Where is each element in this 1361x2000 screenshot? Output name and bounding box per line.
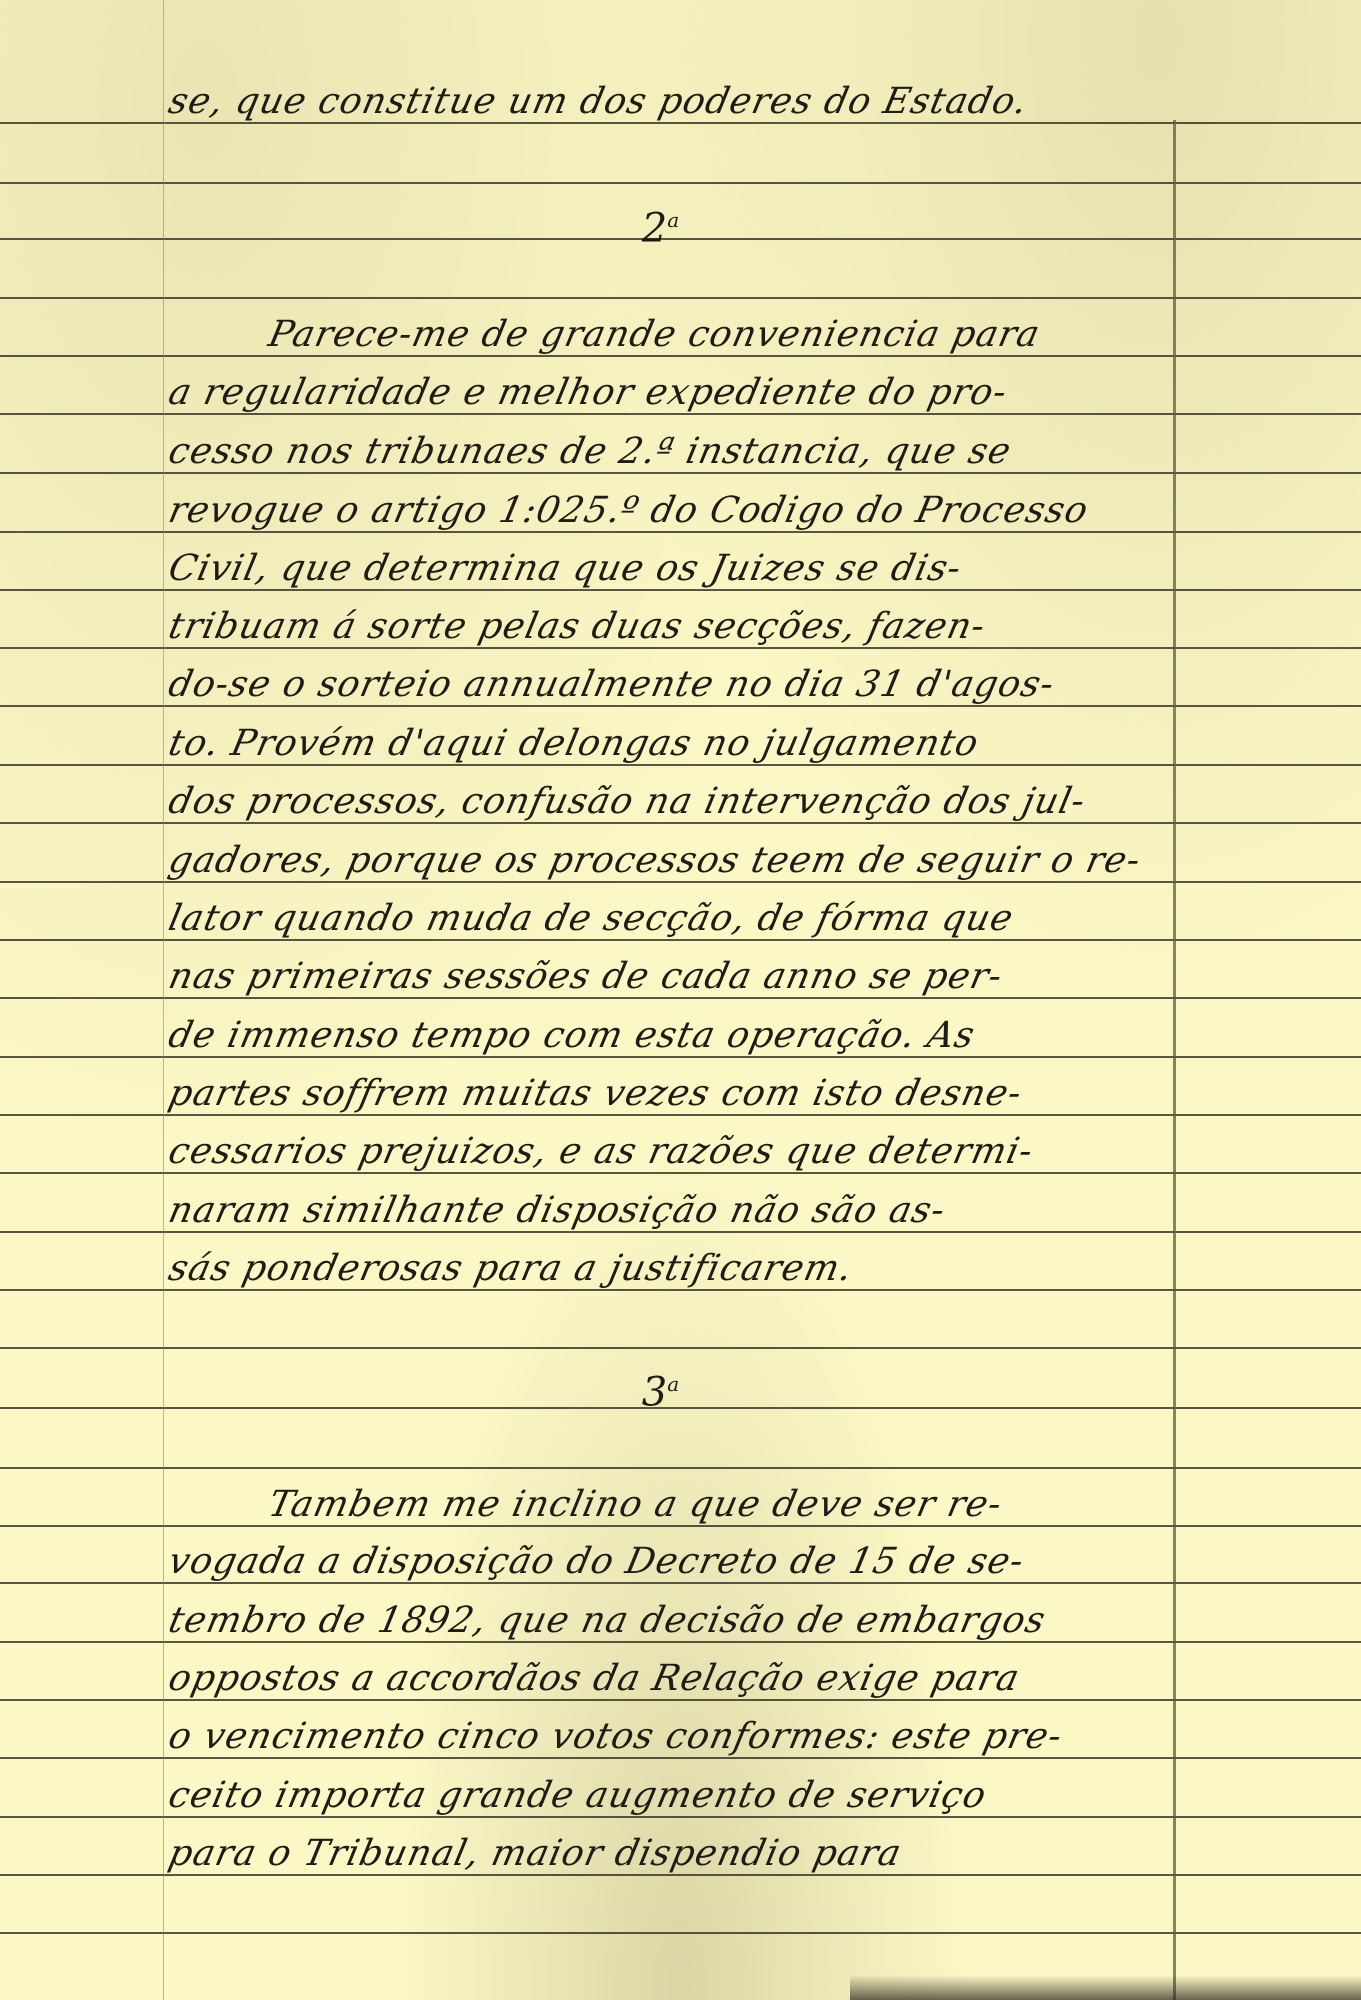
ruled-line [0,1641,1361,1643]
ruled-line [0,1582,1361,1584]
ruled-line [0,881,1361,883]
ruled-line [0,1114,1361,1116]
ordinal-suffix: a [667,208,679,232]
ruled-line [0,472,1361,474]
ruled-line [0,647,1361,649]
text-line: dos processos, confusão na intervenção d… [165,782,1179,822]
ruled-line [0,939,1361,941]
text-line: nas primeiras sessões de cada anno se pe… [165,957,1179,997]
ruled-line [0,1874,1361,1876]
text-line: tribuam á sorte pelas duas secções, faze… [165,607,1179,647]
ruled-line [0,1467,1361,1469]
text-line: sás ponderosas para a justificarem. [165,1249,1179,1289]
ordinal-suffix: a [667,1372,679,1396]
ruled-line [0,531,1361,533]
ruled-line [0,705,1361,707]
text-line: Civil, que determina que os Juizes se di… [165,549,1179,589]
section-heading-3: 3a [0,1362,1341,1414]
section-number: 3 [642,1369,667,1415]
text-line: do-se o sorteio annualmente no dia 31 d'… [165,665,1179,705]
text-line: o vencimento cinco votos conformes: este… [165,1717,1179,1757]
ruled-line [0,297,1361,299]
ruled-line [0,1347,1361,1349]
section-heading-2: 2a [0,198,1341,250]
text-line: de immenso tempo com esta operação. As [165,1016,1179,1056]
ruled-line [0,1172,1361,1174]
ruled-line [0,1231,1361,1233]
ruled-line [0,1932,1361,1934]
page-edge-shadow [850,1975,1361,2000]
text-line: ceito importa grande augmento de serviço [165,1776,1179,1816]
ruled-line [0,1289,1361,1291]
section-number: 2 [642,205,667,251]
ruled-line [0,997,1361,999]
ruled-line [0,1699,1361,1701]
text-line: partes soffrem muitas vezes com isto des… [165,1074,1179,1114]
text-line: to. Provém d'aqui delongas no julgamento [165,724,1179,764]
ruled-line [0,822,1361,824]
text-line: vogada a disposição do Decreto de 15 de … [165,1542,1179,1582]
ruled-line [0,1757,1361,1759]
text-line: tembro de 1892, que na decisão de embarg… [165,1601,1179,1641]
ruled-line [0,1816,1361,1818]
left-margin-line [163,0,164,2000]
ruled-line [0,122,1361,124]
text-line: a regularidade e melhor expediente do pr… [165,373,1179,413]
text-line: cesso nos tribunaes de 2.ª instancia, qu… [165,432,1179,472]
text-line: para o Tribunal, maior dispendio para [165,1834,1179,1874]
ruled-line [0,182,1361,184]
text-line: se, que constitue um dos poderes do Esta… [165,82,1179,122]
text-line: cessarios prejuizos, e as razões que det… [165,1132,1179,1172]
text-line: Tambem me inclino a que deve ser re- [265,1485,1279,1525]
text-line: gadores, porque os processos teem de seg… [165,841,1179,881]
text-line: lator quando muda de secção, de fórma qu… [165,899,1179,939]
text-line: naram similhante disposição não são as- [165,1191,1179,1231]
ruled-line [0,355,1361,357]
ruled-line [0,1056,1361,1058]
text-line: oppostos a accordãos da Relação exige pa… [165,1659,1179,1699]
text-line: Parece-me de grande conveniencia para [265,315,1279,355]
ruled-line [0,764,1361,766]
ruled-line [0,589,1361,591]
manuscript-page: se, que constitue um dos poderes do Esta… [0,0,1361,2000]
ruled-line [0,413,1361,415]
ruled-line [0,1525,1361,1527]
text-line: revogue o artigo 1:025.º do Codigo do Pr… [165,491,1179,531]
